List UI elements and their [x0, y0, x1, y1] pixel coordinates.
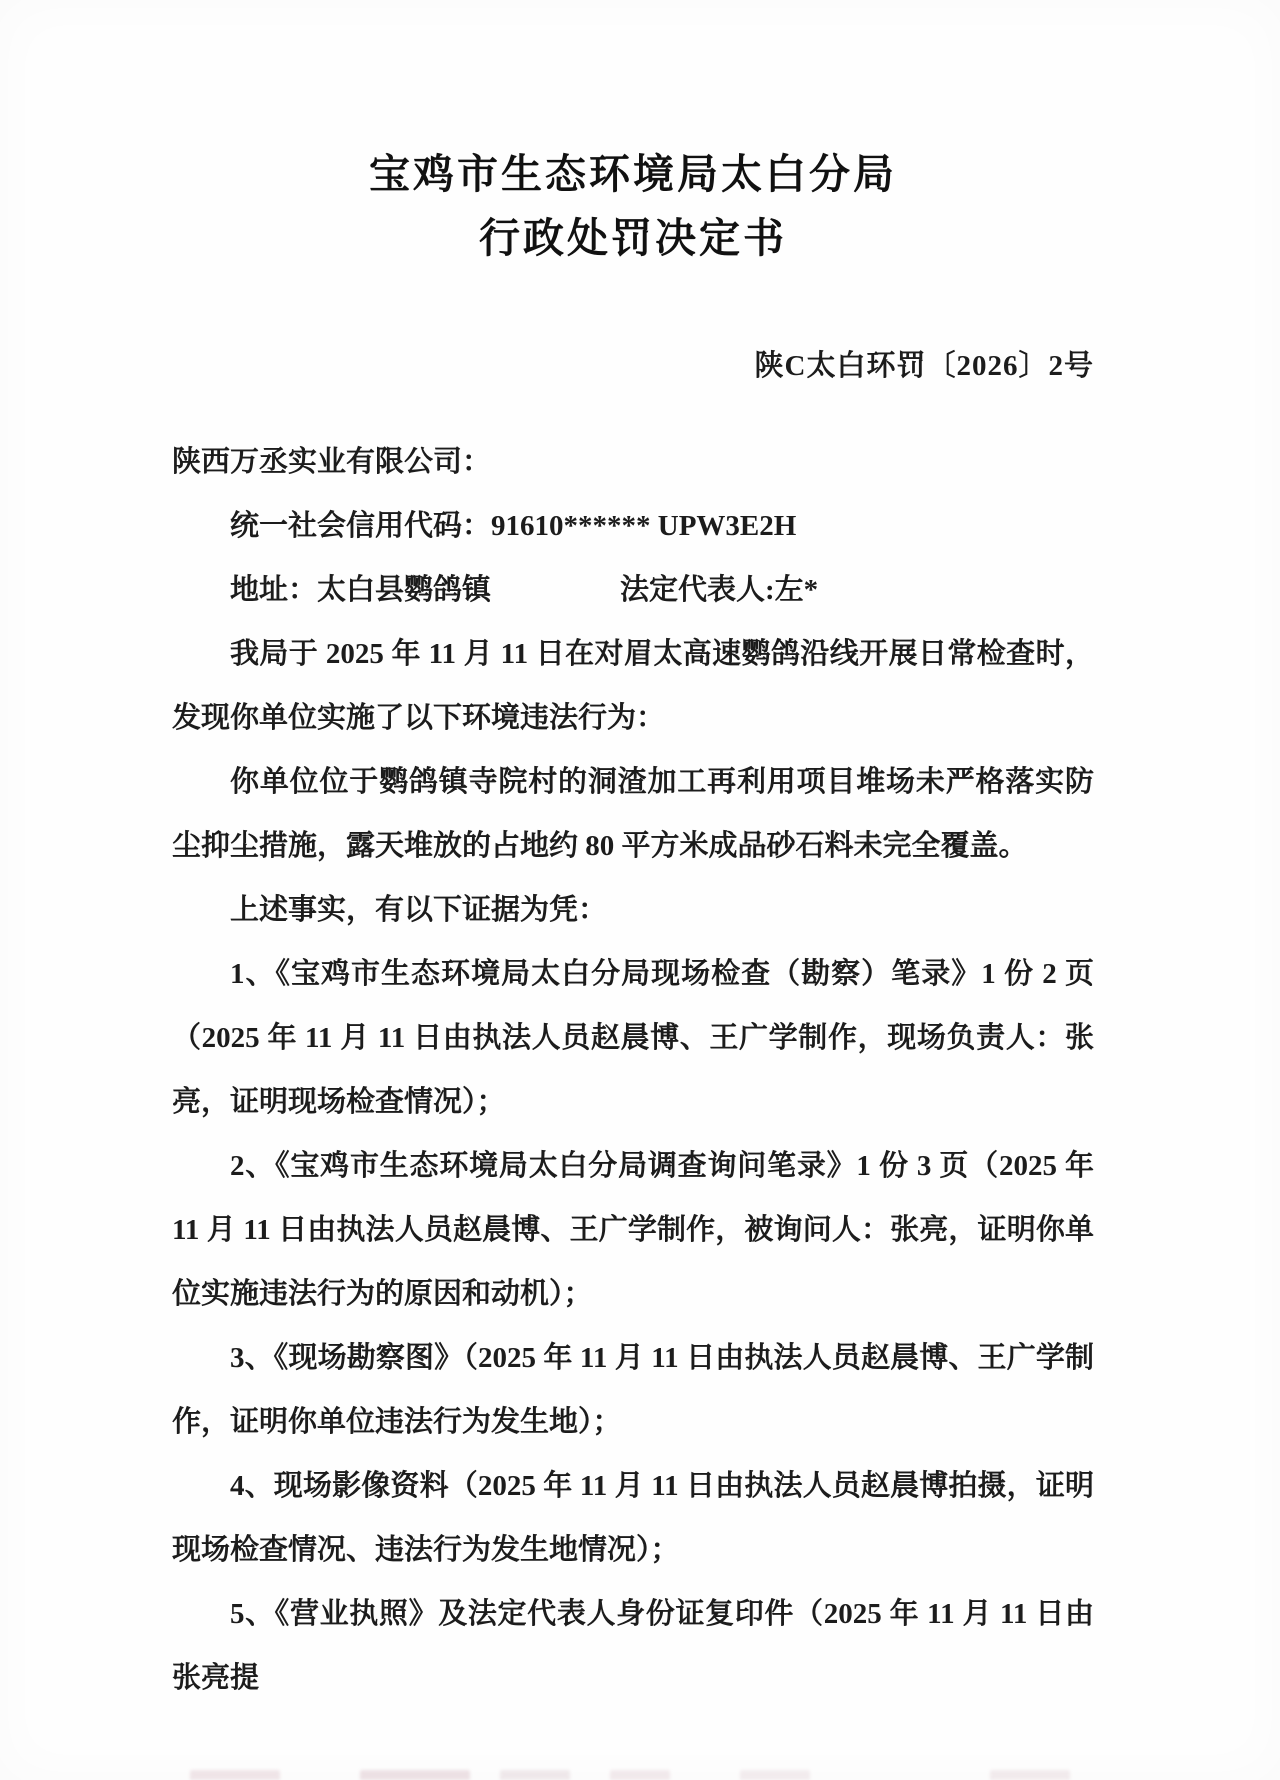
address-value: 太白县鹦鸽镇	[317, 574, 491, 606]
legal-representative: 法定代表人:左*	[620, 558, 818, 622]
credit-code-line: 统一社会信用代码：91610****** UPW3E2H	[172, 494, 1094, 558]
credit-code-label: 统一社会信用代码：	[230, 510, 491, 542]
scan-bottom-edge-artifact	[0, 1762, 1280, 1780]
paragraph-violation: 你单位位于鹦鸽镇寺院村的洞渣加工再利用项目堆场未严格落实防尘抑尘措施，露天堆放的…	[172, 750, 1094, 878]
legal-rep-label: 法定代表人:	[620, 574, 775, 606]
legal-rep-value: 左*	[775, 574, 819, 606]
evidence-item-4: 4、现场影像资料（2025 年 11 月 11 日由执法人员赵晨博拍摄，证明现场…	[172, 1454, 1094, 1582]
document-number: 陕C太白环罚〔2026〕2号	[172, 346, 1094, 386]
paragraph-inspection: 我局于 2025 年 11 月 11 日在对眉太高速鹦鸽沿线开展日常检查时，发现…	[172, 622, 1094, 750]
evidence-item-3: 3、《现场勘察图》（2025 年 11 月 11 日由执法人员赵晨博、王广学制作…	[172, 1326, 1094, 1454]
title-line-doctype: 行政处罚决定书	[172, 206, 1094, 270]
scanned-document-page: 宝鸡市生态环境局太白分局 行政处罚决定书 陕C太白环罚〔2026〕2号 陕西万丞…	[0, 0, 1280, 1780]
address-legal-rep-row: 地址：太白县鹦鸽镇法定代表人:左*	[172, 558, 1094, 622]
credit-code-value: 91610****** UPW3E2H	[491, 510, 796, 542]
evidence-item-5-cutoff: 5、《营业执照》及法定代表人身份证复印件（2025 年 11 月 11 日由张亮…	[172, 1582, 1094, 1710]
document-body: 陕西万丞实业有限公司： 统一社会信用代码：91610****** UPW3E2H…	[172, 430, 1094, 1710]
document-title: 宝鸡市生态环境局太白分局 行政处罚决定书	[172, 0, 1094, 270]
document-content: 宝鸡市生态环境局太白分局 行政处罚决定书 陕C太白环罚〔2026〕2号 陕西万丞…	[172, 0, 1094, 1710]
evidence-item-1: 1、《宝鸡市生态环境局太白分局现场检查（勘察）笔录》1 份 2 页（2025 年…	[172, 942, 1094, 1134]
title-line-agency: 宝鸡市生态环境局太白分局	[172, 142, 1094, 206]
address-label: 地址：	[230, 574, 317, 606]
recipient-name: 陕西万丞实业有限公司：	[172, 430, 1094, 494]
evidence-intro: 上述事实，有以下证据为凭：	[172, 878, 1094, 942]
evidence-item-2: 2、《宝鸡市生态环境局太白分局调查询问笔录》1 份 3 页（2025 年 11 …	[172, 1134, 1094, 1326]
